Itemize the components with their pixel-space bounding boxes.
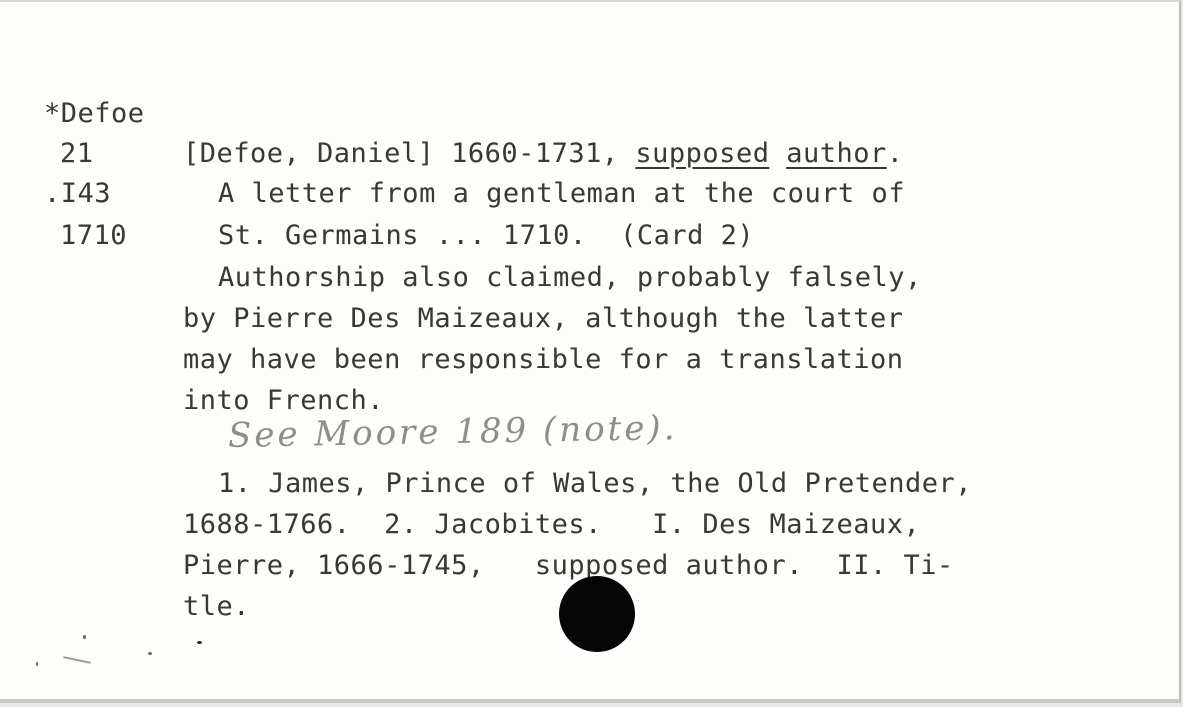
note-line-3: may have been responsible for a translat… [183,346,903,373]
catalog-card: *Defoe 21 .I43 1710 [Defoe, Daniel] 1660… [0,0,1181,703]
ink-speck [148,652,152,655]
heading-period: . [887,138,904,169]
call-number-line-4: 1710 [60,222,127,249]
call-number-line-1: *Defoe [44,100,145,127]
heading-space [769,138,786,169]
ink-stroke [63,656,91,664]
handwritten-note: See Moore 189 (note). [228,408,678,456]
heading-role-author: author [786,138,887,169]
tracing-line-2: 1688-1766. 2. Jacobites. I. Des Maizeaux… [183,511,920,538]
heading-role-supposed: supposed [635,138,769,169]
title-line-2: St. Germains ... 1710. (Card 2) [218,222,754,249]
ink-speck [83,635,86,639]
ink-speck [36,662,38,666]
tracing-line-4: tle. [183,593,250,620]
tracing-line-3: Pierre, 1666-1745, supposed author. II. … [183,552,954,579]
heading-name-dates: [Defoe, Daniel] 1660-1731, [183,138,635,169]
main-entry-heading: [Defoe, Daniel] 1660-1731, supposed auth… [183,140,904,167]
note-line-1: Authorship also claimed, probably falsel… [218,264,922,291]
call-number-line-2: 21 [60,140,94,167]
call-number-line-3: .I43 [44,180,111,207]
title-line-1: A letter from a gentleman at the court o… [218,180,905,207]
card-punch-hole [559,576,635,652]
note-line-4: into French. [183,387,384,414]
ink-speck [197,641,202,644]
tracing-line-1: 1. James, Prince of Wales, the Old Prete… [218,470,972,497]
note-line-2: by Pierre Des Maizeaux, although the lat… [183,305,903,332]
